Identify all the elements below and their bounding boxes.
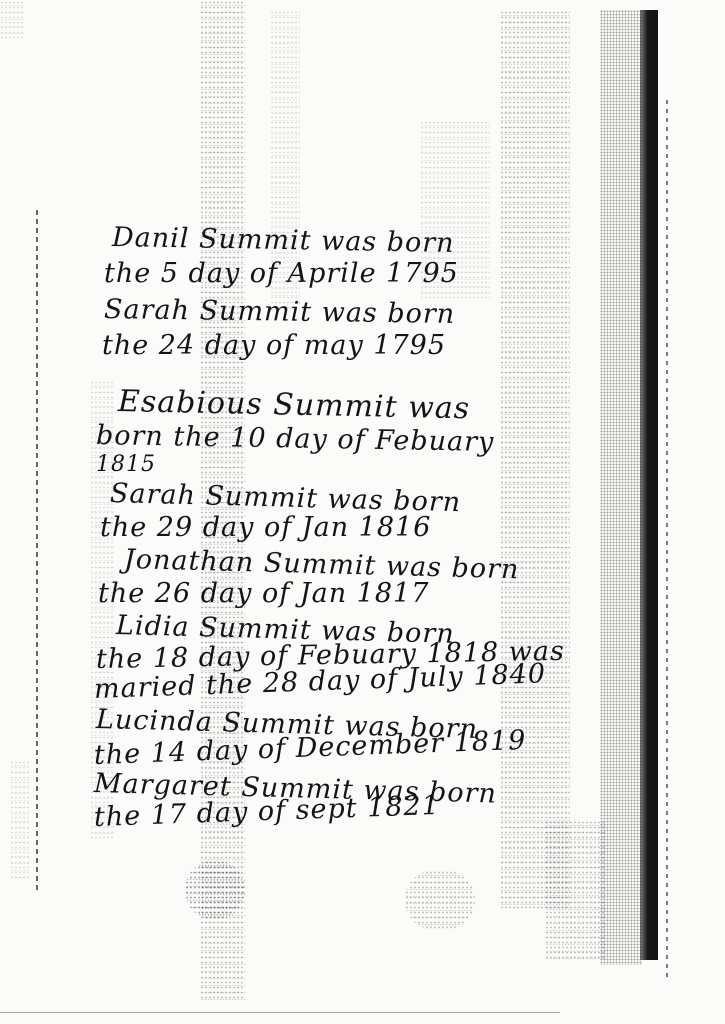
scanned-document-page: Danil Summit was born the 5 day of April… [0,0,725,1024]
text-line: 1815 [96,452,156,477]
text-line: Esabious Summit was [118,384,471,426]
text-line: the 26 day of Jan 1817 [98,578,429,609]
text-line: the 24 day of may 1795 [102,330,446,361]
text-line: the 5 day of Aprile 1795 [104,258,459,289]
text-line: the 29 day of Jan 1816 [100,512,431,543]
handwritten-record: Danil Summit was born the 5 day of April… [0,0,725,1024]
text-line: Danil Summit was born [112,222,455,259]
text-line: Sarah Summit was born [104,294,456,330]
